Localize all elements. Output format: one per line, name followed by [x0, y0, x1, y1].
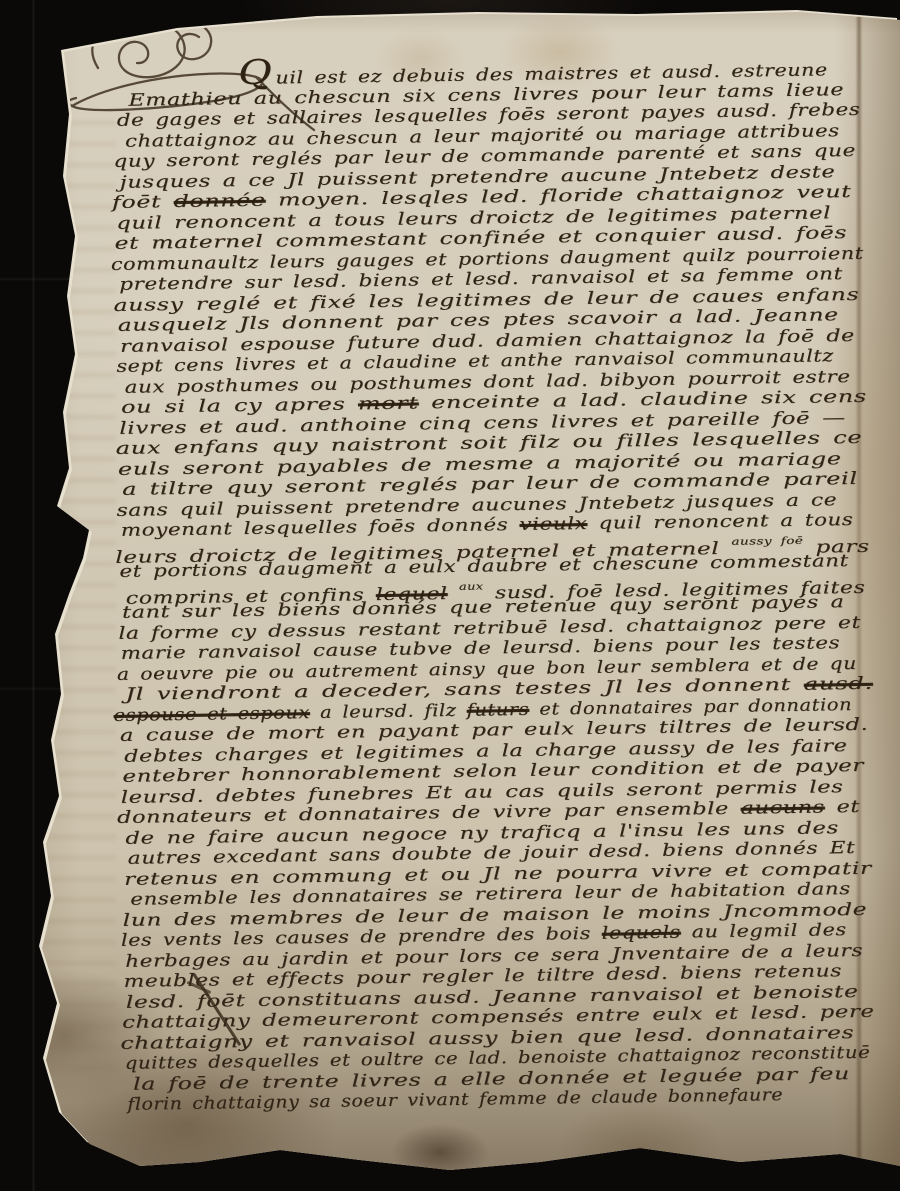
- struck-word: futurs: [467, 699, 530, 720]
- struck-word: ausd.: [804, 674, 873, 695]
- struck-word: espouse et espoux: [113, 703, 310, 726]
- struck-word: mort: [358, 393, 419, 414]
- interlinear-insertion: aussy foē: [731, 535, 803, 547]
- manuscript-text: Quil est ez debuis des maistres et ausd.…: [108, 59, 885, 1116]
- struck-word: donnée: [173, 191, 265, 212]
- struck-word: lequels: [602, 923, 681, 944]
- struck-word: vieulx: [519, 514, 587, 535]
- struck-word: aucuns: [740, 797, 825, 818]
- manuscript-page: Quil est ez debuis des maistres et ausd.…: [0, 0, 900, 1191]
- interlinear-insertion: aux: [459, 581, 484, 592]
